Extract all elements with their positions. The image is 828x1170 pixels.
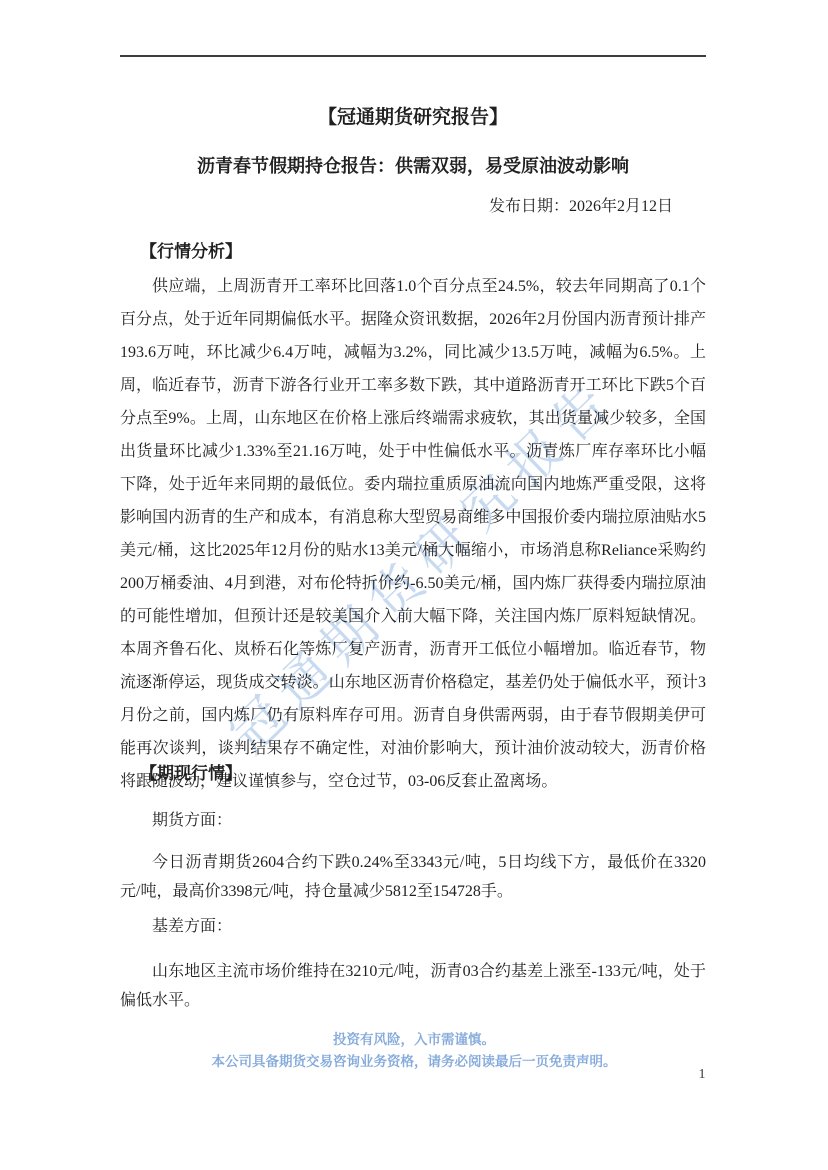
report-content: 【冠通期货研究报告】 沥青春节假期持仓报告：供需双弱，易受原油波动影响 发布日期… [0,0,828,1170]
report-series-tag: 【冠通期货研究报告】 [120,102,706,129]
basis-aspect-label: 基差方面： [152,917,232,937]
section-heading-market-analysis: 【行情分析】 [140,237,242,262]
page-number: 1 [692,1067,712,1083]
report-page: 冠通期货研究报告 【冠通期货研究报告】 沥青春节假期持仓报告：供需双弱，易受原油… [0,0,828,1170]
header-rule [120,55,706,57]
basis-detail-paragraph: 山东地区主流市场价维持在3210元/吨，沥青03合约基差上涨至-133元/吨，处… [120,957,706,1015]
futures-detail-paragraph: 今日沥青期货2604合约下跌0.24%至3343元/吨，5日均线下方，最低价在3… [120,848,706,906]
report-title: 沥青春节假期持仓报告：供需双弱，易受原油波动影响 [120,152,706,178]
market-analysis-paragraph: 供应端，上周沥青开工率环比回落1.0个百分点至24.5%，较去年同期高了0.1个… [120,270,706,798]
futures-aspect-label: 期货方面： [152,811,232,831]
risk-warning-line: 投资有风险，入市需谨慎。 [0,1029,828,1051]
publish-date: 发布日期：2026年2月12日 [120,193,673,216]
section-heading-futures-spot: 【期现行情】 [140,759,242,784]
